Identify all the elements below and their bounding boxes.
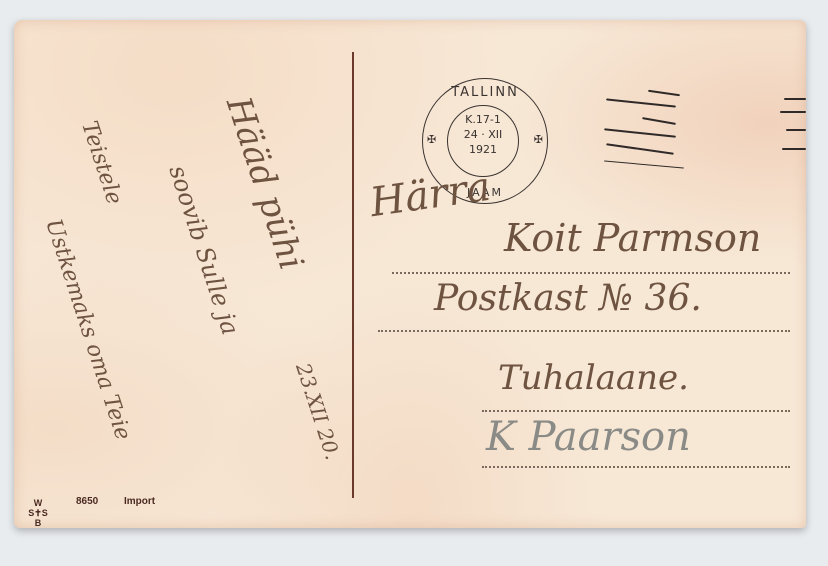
address-name: Koit Parmson <box>504 216 761 260</box>
address-postbox: Postkast № 36. <box>434 278 702 319</box>
postmark-time: K.17-1 <box>448 112 518 127</box>
postmark-star-icon: ✠ <box>534 133 543 146</box>
message-line-1: Hääd pühi <box>218 92 311 275</box>
import-label: Import <box>124 496 155 507</box>
postmark-date: 24 · XII <box>448 127 518 142</box>
publisher-logo: W S✝S B <box>26 498 50 528</box>
center-divider <box>352 52 354 498</box>
address-line-2 <box>378 330 790 332</box>
postcard: Hääd pühi soovib Sulle ja Teistele Ustke… <box>14 20 806 528</box>
address-line-4 <box>482 466 790 468</box>
postmark-year: 1921 <box>448 142 518 157</box>
sender-pencil: K Paarson <box>486 414 691 460</box>
card-number: 8650 <box>76 496 98 507</box>
message-line-2: soovib Sulle ja <box>163 162 244 338</box>
address-line-1 <box>392 272 790 274</box>
message-date: 23.XII 20. <box>291 360 345 463</box>
message-line-3: Teistele <box>76 118 126 208</box>
postmark-star-icon: ✠ <box>427 133 436 146</box>
address-salutation: Härra <box>367 164 493 226</box>
address-line-3 <box>482 410 790 412</box>
address-town: Tuhalaane. <box>498 358 689 398</box>
postmark-city: TALLINN <box>423 85 547 100</box>
message-line-4: Ustkemaks oma Teie <box>40 216 135 443</box>
